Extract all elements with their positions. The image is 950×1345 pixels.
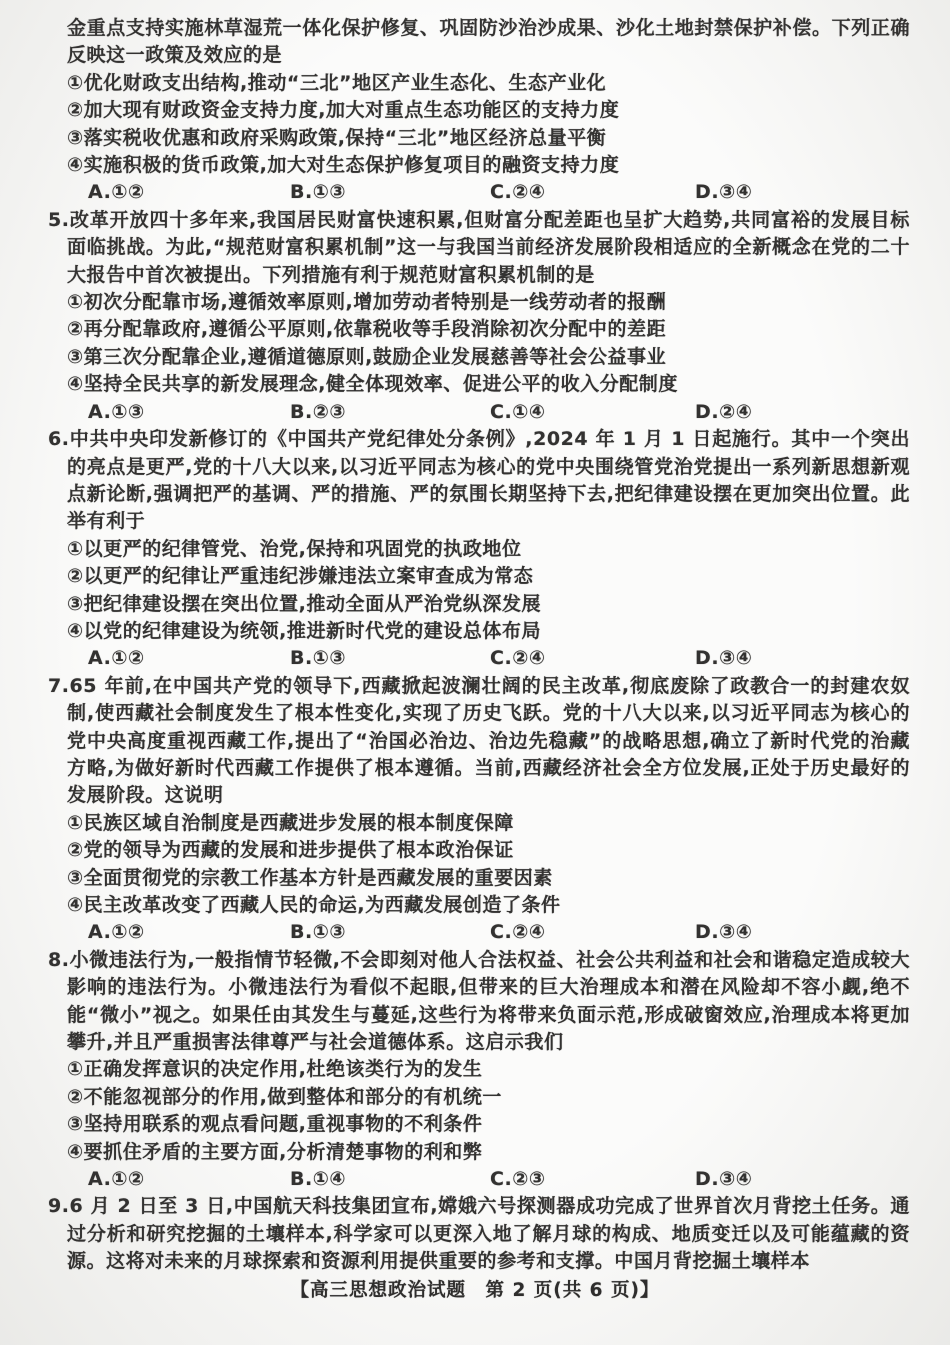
option-b: B.①④ — [290, 1166, 490, 1193]
question-stem: 6.中共中央印发新修订的《中国共产党纪律处分条例》,2024 年 1 月 1 日… — [48, 426, 910, 536]
option-c: C.②④ — [490, 919, 695, 946]
statement-item: ①民族区域自治制度是西藏进步发展的根本制度保障 — [48, 810, 910, 837]
option-a: A.①② — [88, 179, 290, 206]
option-a: A.①② — [88, 919, 290, 946]
statement-item: ③第三次分配靠企业,遵循道德原则,鼓励企业发展慈善等社会公益事业 — [48, 344, 910, 371]
option-a: A.①② — [88, 1166, 290, 1193]
question-stem: 9.6 月 2 日至 3 日,中国航天科技集团宣布,嫦娥六号探测器成功完成了世界… — [48, 1193, 910, 1275]
option-c: C.②④ — [490, 645, 695, 672]
option-d: D.③④ — [695, 919, 752, 946]
question-block: 6.中共中央印发新修订的《中国共产党纪律处分条例》,2024 年 1 月 1 日… — [48, 426, 910, 673]
option-b: B.①③ — [290, 919, 490, 946]
question-block: 5.改革开放四十多年来,我国居民财富快速积累,但财富分配差距也呈扩大趋势,共同富… — [48, 207, 910, 426]
option-d: D.③④ — [695, 645, 752, 672]
statement-item: ①正确发挥意识的决定作用,杜绝该类行为的发生 — [48, 1056, 910, 1083]
question-stem: 金重点支持实施林草湿荒一体化保护修复、巩固防沙治沙成果、沙化土地封禁保护补偿。下… — [48, 15, 910, 70]
option-a: A.①③ — [88, 399, 290, 426]
option-b: B.①③ — [290, 645, 490, 672]
statement-item: ③把纪律建设摆在突出位置,推动全面从严治党纵深发展 — [48, 591, 910, 618]
statement-item: ③全面贯彻党的宗教工作基本方针是西藏发展的重要因素 — [48, 865, 910, 892]
exam-paper-page: { "page": { "footer": "【高三思想政治试题 第 2 页(共… — [0, 0, 950, 1345]
statement-item: ②不能忽视部分的作用,做到整体和部分的有机统一 — [48, 1084, 910, 1111]
statement-item: ①初次分配靠市场,遵循效率原则,增加劳动者特别是一线劳动者的报酬 — [48, 289, 910, 316]
option-a: A.①② — [88, 645, 290, 672]
question-block: 金重点支持实施林草湿荒一体化保护修复、巩固防沙治沙成果、沙化土地封禁保护补偿。下… — [48, 15, 910, 207]
question-stem: 5.改革开放四十多年来,我国居民财富快速积累,但财富分配差距也呈扩大趋势,共同富… — [48, 207, 910, 289]
options-row: A.①②B.①④C.②③D.③④ — [48, 1166, 910, 1193]
statement-item: ②加大现有财政资金支持力度,加大对重点生态功能区的支持力度 — [48, 97, 910, 124]
options-row: A.①③B.②③C.①④D.②④ — [48, 399, 910, 426]
options-row: A.①②B.①③C.②④D.③④ — [48, 179, 910, 206]
statement-item: ④要抓住矛盾的主要方面,分析清楚事物的利和弊 — [48, 1139, 910, 1166]
exam-page-body: 金重点支持实施林草湿荒一体化保护修复、巩固防沙治沙成果、沙化土地封禁保护补偿。下… — [0, 0, 950, 1345]
statement-item: ②党的领导为西藏的发展和进步提供了根本政治保证 — [48, 837, 910, 864]
option-c: C.②③ — [490, 1166, 695, 1193]
option-b: B.①③ — [290, 179, 490, 206]
option-d: D.③④ — [695, 179, 752, 206]
statement-item: ③坚持用联系的观点看问题,重视事物的不利条件 — [48, 1111, 910, 1138]
question-stem: 8.小微违法行为,一般指情节轻微,不会即刻对他人合法权益、社会公共利益和社会和谐… — [48, 947, 910, 1057]
question-block: 7.65 年前,在中国共产党的领导下,西藏掀起波澜壮阔的民主改革,彻底废除了政教… — [48, 673, 910, 947]
statement-item: ①优化财政支出结构,推动“三北”地区产业生态化、生态产业化 — [48, 70, 910, 97]
option-c: C.②④ — [490, 179, 695, 206]
statement-item: ③落实税收优惠和政府采购政策,保持“三北”地区经济总量平衡 — [48, 125, 910, 152]
question-stem: 7.65 年前,在中国共产党的领导下,西藏掀起波澜壮阔的民主改革,彻底废除了政教… — [48, 673, 910, 810]
statement-item: ②再分配靠政府,遵循公平原则,依靠税收等手段消除初次分配中的差距 — [48, 316, 910, 343]
questions-area: 金重点支持实施林草湿荒一体化保护修复、巩固防沙治沙成果、沙化土地封禁保护补偿。下… — [48, 15, 910, 1276]
statement-item: ④实施积极的货币政策,加大对生态保护修复项目的融资支持力度 — [48, 152, 910, 179]
page-footer: 【高三思想政治试题 第 2 页(共 6 页)】 — [0, 1276, 950, 1302]
options-row: A.①②B.①③C.②④D.③④ — [48, 919, 910, 946]
statement-item: ①以更严的纪律管党、治党,保持和巩固党的执政地位 — [48, 536, 910, 563]
option-d: D.③④ — [695, 1166, 752, 1193]
question-block: 8.小微违法行为,一般指情节轻微,不会即刻对他人合法权益、社会公共利益和社会和谐… — [48, 947, 910, 1194]
statement-item: ④以党的纪律建设为统领,推进新时代党的建设总体布局 — [48, 618, 910, 645]
options-row: A.①②B.①③C.②④D.③④ — [48, 645, 910, 672]
statement-item: ②以更严的纪律让严重违纪涉嫌违法立案审查成为常态 — [48, 563, 910, 590]
question-block: 9.6 月 2 日至 3 日,中国航天科技集团宣布,嫦娥六号探测器成功完成了世界… — [48, 1193, 910, 1275]
option-b: B.②③ — [290, 399, 490, 426]
option-c: C.①④ — [490, 399, 695, 426]
option-d: D.②④ — [695, 399, 752, 426]
statement-item: ④坚持全民共享的新发展理念,健全体现效率、促进公平的收入分配制度 — [48, 371, 910, 398]
statement-item: ④民主改革改变了西藏人民的命运,为西藏发展创造了条件 — [48, 892, 910, 919]
page-footer-label: 【高三思想政治试题 第 2 页(共 6 页)】 — [291, 1280, 660, 1301]
